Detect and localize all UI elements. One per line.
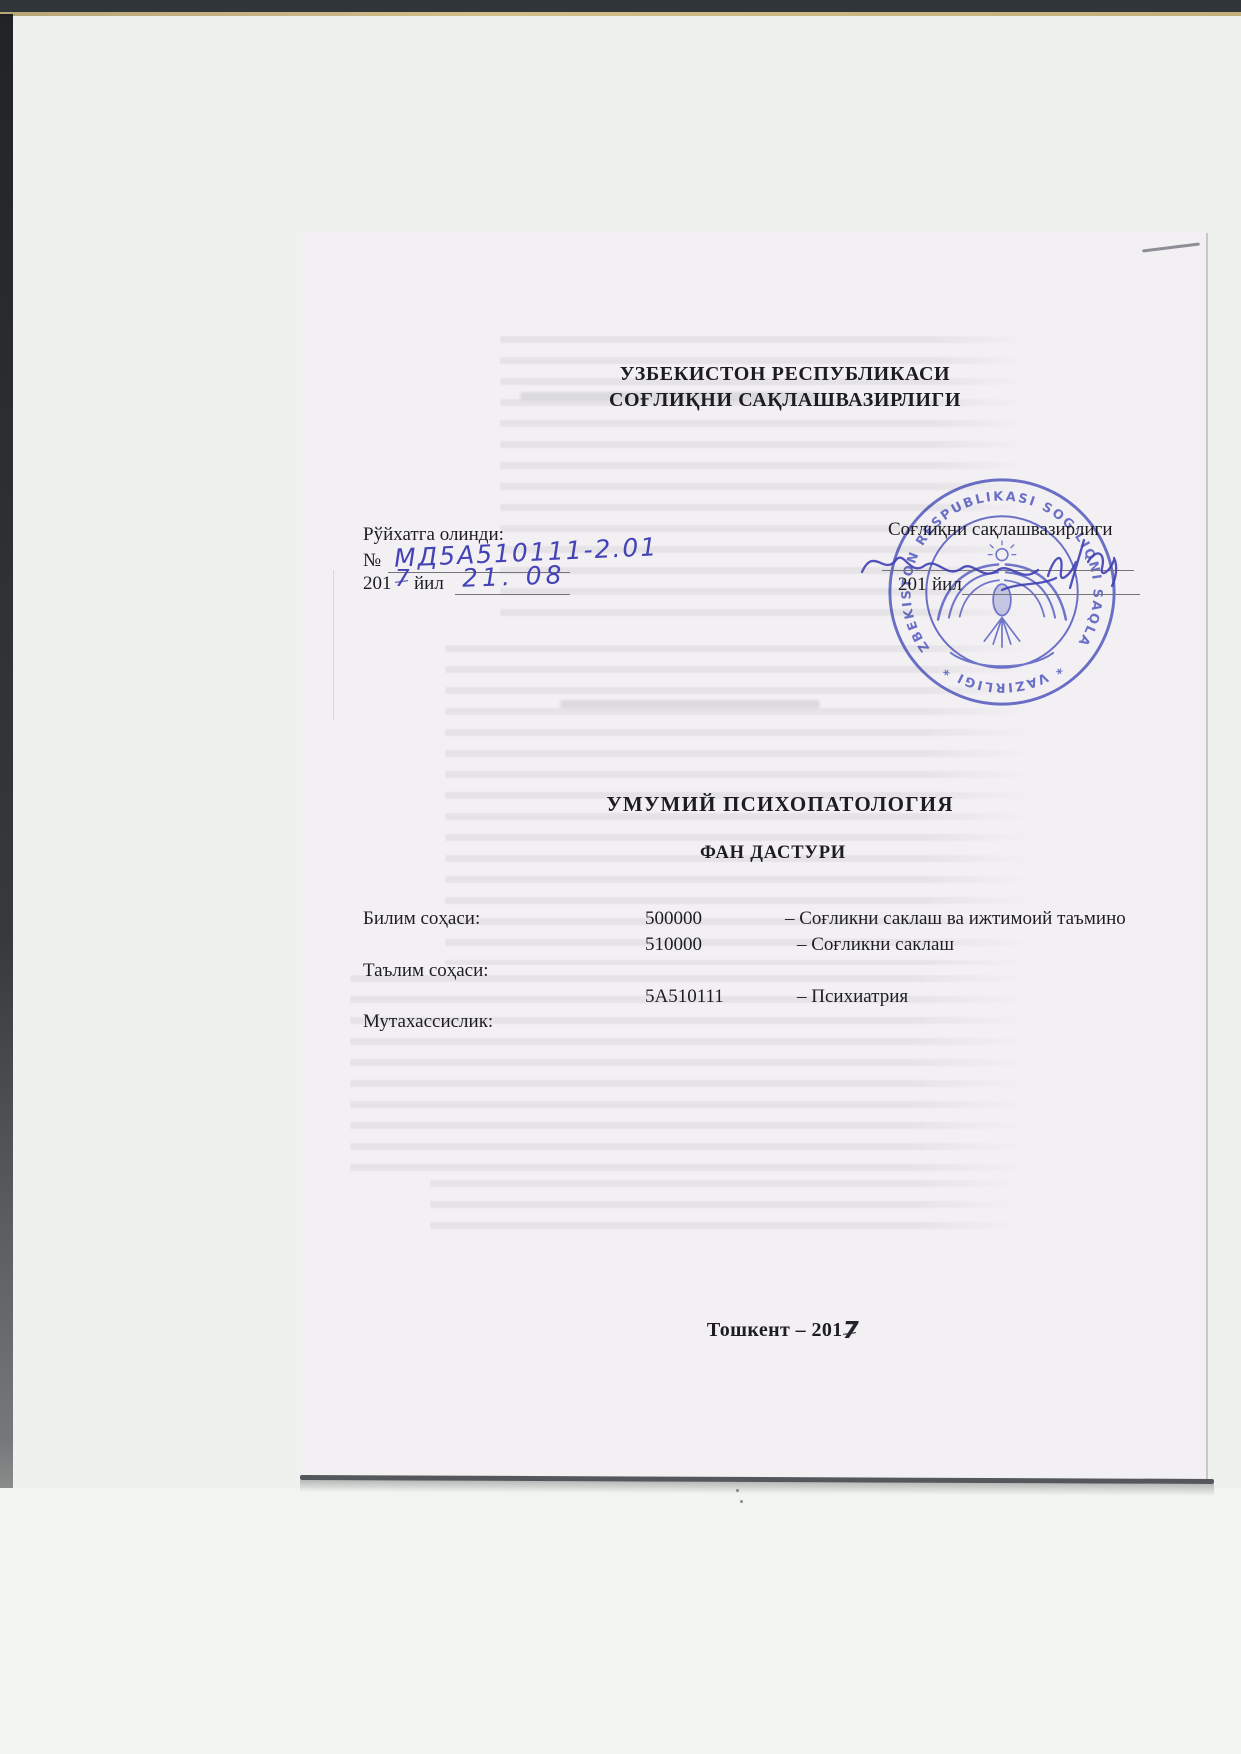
- document-title: УМУМИЙ ПСИХОПАТОЛОГИЯ: [327, 792, 1233, 817]
- footer-city-year-printed: Тошкент – 201: [707, 1319, 843, 1341]
- field-label-speciality: Мутахассислик:: [363, 1011, 493, 1033]
- registration-year-printed: 201: [363, 573, 392, 595]
- footer-city-year: Тошкент – 2017: [330, 1316, 1236, 1342]
- registration-year-word: йил: [414, 573, 444, 595]
- field-desc: – Соғликни саклаш: [797, 934, 954, 956]
- registration-date-handwritten: 21. 08: [462, 560, 566, 593]
- footer-year-handwritten: 7: [843, 1318, 859, 1344]
- header-line2: СОҒЛИҚНИ САҚЛАШВАЗИРЛИГИ: [332, 389, 1238, 412]
- field-code: 5А510111: [645, 986, 724, 1008]
- scan-speck: [736, 1489, 739, 1492]
- field-code: 510000: [645, 934, 702, 956]
- registration-number-label: №: [363, 550, 381, 572]
- field-desc: – Психиатрия: [797, 986, 908, 1008]
- field-label-knowledge: Билим соҳаси:: [363, 908, 480, 930]
- scanner-left-edge: [0, 14, 13, 1694]
- scanner-top-edge: [0, 0, 1241, 12]
- document-subtitle: ФАН ДАСТУРИ: [320, 843, 1226, 864]
- registration-date-line: [455, 594, 570, 595]
- scanner-top-edge-highlight: [0, 12, 1241, 16]
- bleedthrough-smudge: [560, 700, 820, 708]
- paper-crease: [333, 570, 334, 720]
- field-desc: – Соғликни саклаш ва ижтимоий таъмино: [785, 908, 1126, 930]
- signature: [852, 528, 1132, 606]
- header-line1: УЗБЕКИСТОН РЕСПУБЛИКАСИ: [332, 363, 1238, 386]
- field-label-education: Таълим соҳаси:: [363, 960, 489, 982]
- scanner-background-bottom: [0, 1488, 1241, 1754]
- scan-speck: [740, 1500, 743, 1503]
- scanned-document-page: O'ZBEKISTON RESPUBLIKASI SOG'LIQNI SAQLA…: [0, 0, 1241, 1754]
- registration-year-handwritten: 7: [395, 566, 410, 592]
- field-code: 500000: [645, 908, 702, 930]
